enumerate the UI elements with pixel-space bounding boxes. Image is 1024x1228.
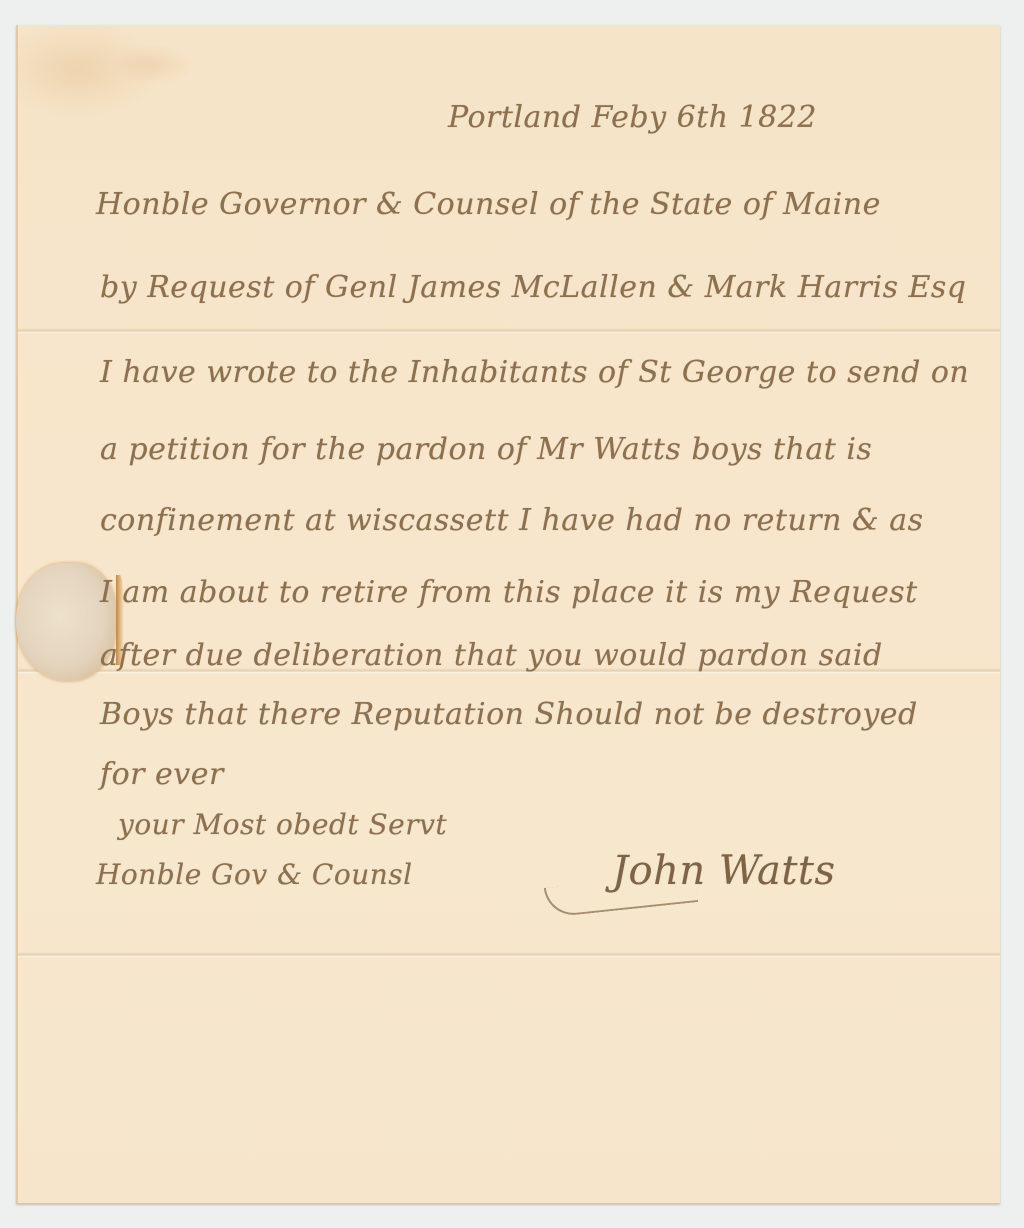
fold-line-upper (18, 328, 1000, 334)
fold-line-lower (18, 952, 1000, 958)
body-line: for ever (100, 757, 224, 792)
closing-line: your Most obedt Servt (118, 808, 447, 841)
body-line: a petition for the pardon of Mr Watts bo… (100, 432, 872, 467)
salutation-line: Honble Governor & Counsel of the State o… (96, 187, 881, 222)
body-line: by Request of Genl James McLallen & Mark… (100, 270, 967, 305)
signature: John Watts (612, 848, 836, 894)
body-line: confinement at wiscassett I have had no … (100, 503, 924, 538)
body-line: after due deliberation that you would pa… (100, 638, 883, 673)
body-line: Boys that there Reputation Should not be… (100, 697, 918, 732)
addressee-line: Honble Gov & Counsl (96, 858, 413, 891)
dateline: Portland Feby 6th 1822 (448, 100, 817, 135)
body-line: I have wrote to the Inhabitants of St Ge… (100, 355, 969, 390)
body-line: I am about to retire from this place it … (100, 575, 918, 610)
